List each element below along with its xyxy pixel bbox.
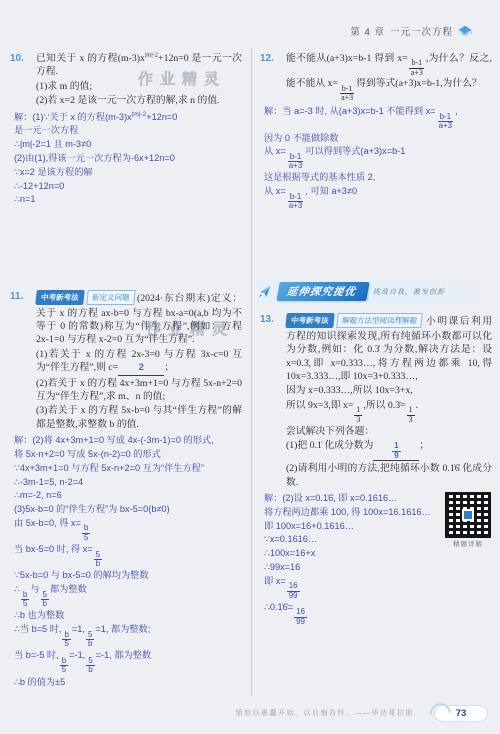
chapter-title: 一元一次方程 [390, 24, 453, 38]
fraction: 5b [86, 657, 94, 675]
text-line: (1)把 0.1̇ 化成分数为19； [286, 439, 492, 461]
text-line: 将 5x-n+2=0 写成 5x-(n-2)=0 的形式 [14, 448, 242, 461]
text-line: (2)请利用小明的方法,把纯循环小数 0.1̇6̇ 化成分数. [286, 462, 492, 489]
fraction: 13 [407, 406, 415, 424]
text-line: ∵5x-b=0 与 bx-5=0 的解均为整数 [14, 569, 242, 582]
text-line: 当 b=-5 时,b5=-1,5b=-1, 都为整数 [14, 649, 242, 674]
fraction: b-1a+3 [437, 113, 455, 131]
text-line: ∴b5与5b都为整数 [14, 583, 242, 608]
exam-style-badge: 中考新考法 [285, 313, 334, 328]
question-13-number: 13. [260, 314, 274, 325]
qr-caption: 精题详解 [444, 539, 492, 552]
question-13-problem: 中考新考法解题方法型阅读理解题小明课后利用方程的知识探索发现,所有纯循环小数都可… [262, 313, 492, 489]
text-line: ∴当 b=5 时,b5=1,5b=1, 都为整数; [14, 623, 242, 648]
fraction: 5b [86, 631, 94, 649]
fraction: b5 [21, 591, 29, 609]
chapter-number: 第 4 章 [350, 24, 385, 38]
text-line: 尝试解决下列各题： [286, 425, 492, 438]
fraction: b-1a+3 [287, 153, 305, 171]
text-line: 中考新考法新定义问题(2024·东台期末)定义：关于 x 的方程 ax-b=0 … [36, 290, 242, 347]
fraction: b5 [82, 524, 90, 542]
question-12-problem: 能不能从(a+3)x=b-1 得到 x=b-1a+3,为什么？反之,能不能从 x… [262, 52, 492, 102]
text-line: 即 x=1699 [264, 575, 492, 600]
text-line: ∴m=-2, n=6 [14, 489, 242, 502]
text-line: ∴b 也为整数 [14, 609, 242, 622]
text-line: ∵4x+3m+1=0 与方程 5x-n+2=0 互为“伴生方程” [14, 462, 242, 475]
text-line: 因为 0 不能做除数 [264, 132, 492, 145]
question-11-problem: 中考新考法新定义问题(2024·东台期末)定义：关于 x 的方程 ax-b=0 … [12, 290, 242, 431]
qr-code-block: 精题详解 [444, 493, 492, 552]
text-line: ∴n=1 [14, 193, 242, 206]
section-subtitle: 挑战自我，激发创新 [373, 287, 445, 297]
text-line: (2)若 x=2 是该一元一次方程的解,求 n 的值. [36, 94, 242, 107]
exam-style-badge: 中考新考法 [35, 290, 84, 305]
question-11-number: 11. [10, 291, 23, 302]
text-line: ∴0.1̇6̇=1699 [264, 601, 492, 626]
left-column: 10. 已知关于 x 的方程(m-3)x|m|-2+12n=0 是一元一次方程.… [12, 52, 242, 689]
question-13: 13. 中考新考法解题方法型阅读理解题小明课后利用方程的知识探索发现,所有纯循环… [262, 313, 492, 626]
fraction: b-1a+3 [339, 85, 355, 103]
answer-blank: 19 [373, 442, 419, 461]
fraction: 1699 [287, 582, 300, 600]
fraction: b-1a+3 [287, 193, 305, 211]
text-line: 当 bx-5=0 时, 得 x=5b [14, 543, 242, 568]
text-line: 所以 9x=3,即 x=13,所以 0.3̇=13. [286, 399, 492, 424]
text-line: 已知关于 x 的方程(m-3)x|m|-2+12n=0 是一元一次方程. [36, 52, 242, 79]
qr-code [446, 493, 490, 537]
text-line: (2)若关于 x 的方程 4x+3m+1=0 与方程 5x-n+2=0 互为“伴… [36, 377, 242, 404]
page-number: 73 [434, 705, 488, 722]
question-10-problem: 已知关于 x 的方程(m-3)x|m|-2+12n=0 是一元一次方程.(1)求… [12, 52, 242, 108]
rocket-icon [258, 284, 273, 299]
fraction: 5b [41, 591, 49, 609]
fraction: 1699 [294, 608, 307, 626]
fraction: 19 [392, 442, 400, 460]
text-line: 这是根据等式的基本性质 2, [264, 171, 492, 184]
answer-blank: 2 [118, 361, 164, 375]
question-10-solution: 解：(1)∵关于 x 的方程(m-3)x|m|-2+12n=0是一元一次方程∴|… [14, 111, 242, 207]
question-12-solution: 解：当 a=-3 时, 从(a+3)x=b-1 不能得到 x=b-1a+3,因为… [264, 105, 492, 210]
text-line: 解：(2)将 4x+3m+1=0 写成 4x-(-3m-1)=0 的形式, [14, 434, 242, 447]
section-title: 延伸探究提优 [276, 282, 369, 301]
text-line: 能不能从(a+3)x=b-1 得到 x=b-1a+3,为什么？反之,能不能从 x… [286, 52, 492, 102]
text-line: (3)若关于 x 的方程 5x-b=0 与其“伴生方程”的解都是整数,求整数 b… [36, 404, 242, 431]
chapter-header: 第 4 章 一元一次方程 [350, 24, 472, 38]
text-line: 是一元一次方程 [14, 124, 242, 137]
topic-type-badge: 新定义问题 [86, 290, 135, 305]
fraction: 5b [94, 551, 102, 569]
text-line: ∴-3m-1=5, n-2=4 [14, 476, 242, 489]
text-line: 由 5x-b=0, 得 x=b5 [14, 517, 242, 542]
column-divider [251, 48, 252, 696]
section-banner: 延伸探究提优 挑战自我，激发创新 [258, 280, 492, 303]
text-line: (3)5x-b=0 的“伴生方程”为 bx-5=0(b≠0) [14, 503, 242, 516]
question-10-number: 10. [10, 53, 24, 64]
text-line: ∴-12+12n=0 [14, 180, 242, 193]
fraction: 13 [354, 406, 362, 424]
text-line: (1)若关于 x 的方程 2x-3=0 与方程 3x-c=0 互为“伴生方程”,… [36, 348, 242, 376]
text-line: ∴|m|-2=1 且 m-3≠0 [14, 138, 242, 151]
text-line: 解：当 a=-3 时, 从(a+3)x=b-1 不能得到 x=b-1a+3, [264, 105, 492, 130]
text-line: (1)求 m 的值; [36, 80, 242, 93]
question-11: 11. 中考新考法新定义问题(2024·东台期末)定义：关于 x 的方程 ax-… [12, 290, 242, 688]
fraction: b5 [60, 657, 68, 675]
question-11-solution: 解：(2)将 4x+3m+1=0 写成 4x-(-3m-1)=0 的形式,将 5… [14, 434, 242, 688]
footer-quote: 愤怒以愚蠢开始，以后悔告终。——毕达哥拉斯 [236, 708, 415, 718]
text-line: ∴99x=16 [264, 561, 492, 574]
text-line: 中考新考法解题方法型阅读理解题小明课后利用方程的知识探索发现,所有纯循环小数都可… [286, 313, 492, 383]
text-line: 从 x=b-1a+3, 可知 a+3≠0 [264, 185, 492, 210]
graduation-cap-icon [458, 25, 472, 37]
text-line: 解：(1)∵关于 x 的方程(m-3)x|m|-2+12n=0 [14, 111, 242, 124]
text-line: 因为 x=0.333…,所以 10x=3+x, [286, 384, 492, 397]
text-line: ∵x=2 是该方程的解 [14, 166, 242, 179]
fraction: b5 [62, 631, 70, 649]
topic-type-badge: 解题方法型阅读理解题 [336, 313, 423, 328]
text-line: (2)由(1),得该一元一次方程为-6x+12n=0 [14, 152, 242, 165]
right-column: 12. 能不能从(a+3)x=b-1 得到 x=b-1a+3,为什么？反之,能不… [262, 52, 492, 627]
text-line: ∴b 的值为±5 [14, 676, 242, 689]
question-12-number: 12. [260, 53, 274, 64]
question-12: 12. 能不能从(a+3)x=b-1 得到 x=b-1a+3,为什么？反之,能不… [262, 52, 492, 210]
question-10: 10. 已知关于 x 的方程(m-3)x|m|-2+12n=0 是一元一次方程.… [12, 52, 242, 206]
text-line: 从 x=b-1a+3可以得到等式(a+3)x=b-1 [264, 145, 492, 170]
fraction: b-1a+3 [409, 59, 425, 77]
question-13-solution: 精题详解 解：(2)设 x=0.1̇6̇, 即 x=0.1616…将方程两边都乘… [264, 492, 492, 626]
